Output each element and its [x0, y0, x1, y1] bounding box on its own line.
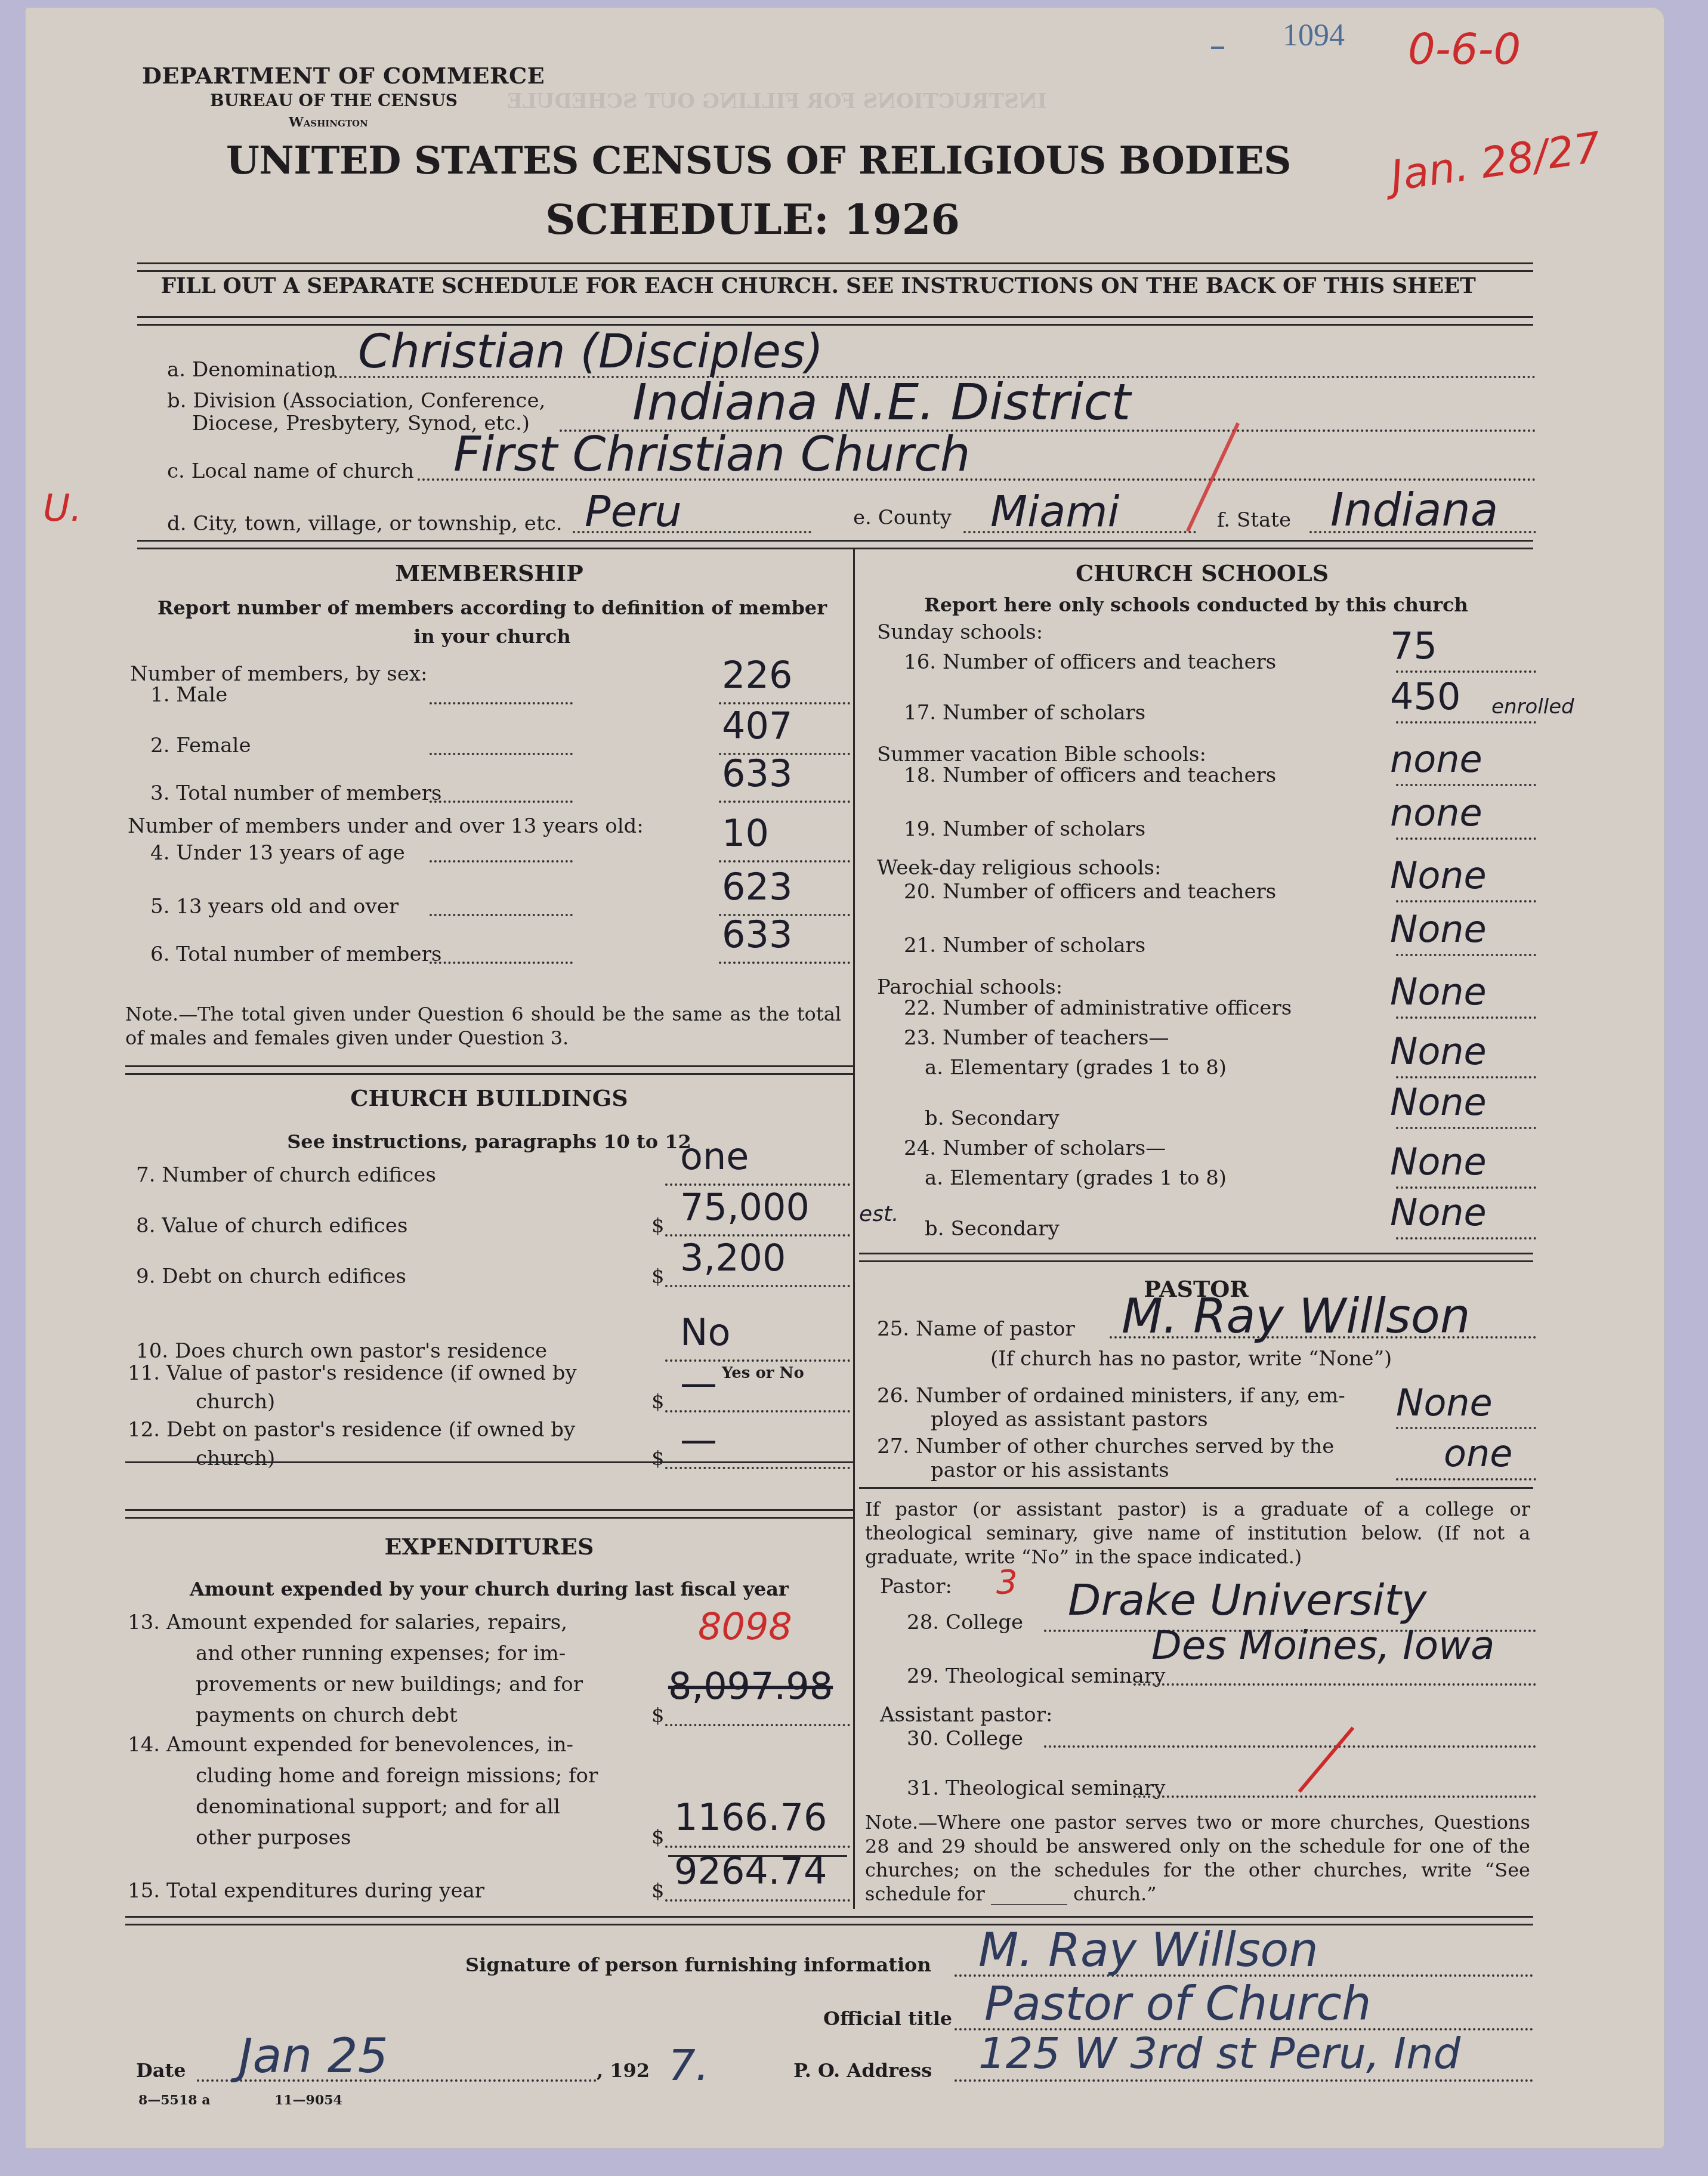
show-through-text: INSTRUCTIONS FOR FILLING OUT SCHEDULE: [507, 89, 1047, 113]
denomination-field[interactable]: Christian (Disciples): [358, 325, 823, 379]
member-row-value[interactable]: 10: [722, 811, 769, 855]
column-divider: [853, 549, 855, 1909]
q26-value[interactable]: None: [1396, 1381, 1493, 1424]
member-row-leader: [430, 800, 573, 803]
dollar-sign: $: [651, 1390, 665, 1414]
school-row-value[interactable]: 75: [1390, 624, 1437, 667]
state-label: f. State: [1217, 508, 1291, 532]
q29-label: 29. Theological seminary: [907, 1664, 1165, 1688]
school-row-label: a. Elementary (grades 1 to 8): [925, 1056, 1227, 1080]
dollar-sign: $: [651, 1214, 665, 1238]
school-row-answer-line: [1396, 837, 1536, 840]
member-row-value[interactable]: 407: [722, 704, 792, 747]
county-label: e. County: [853, 506, 952, 530]
member-row-leader: [430, 753, 573, 755]
q14-value[interactable]: 1166.76: [674, 1795, 827, 1839]
q15-answer-line: [665, 1899, 850, 1902]
identity-divider: [137, 540, 1533, 549]
q13-label-line: payments on church debt: [196, 1704, 458, 1727]
date-label: Date: [136, 2059, 186, 2082]
q13-value[interactable]: 8,097.98: [668, 1664, 833, 1708]
member-row-label: 2. Female: [150, 734, 251, 758]
school-row-value[interactable]: none: [1390, 791, 1482, 834]
q27-label: 27. Number of other churches served by t…: [877, 1435, 1334, 1458]
building-row-value[interactable]: 75,000: [680, 1185, 810, 1229]
pastor-note: Note.—Where one pastor serves two or mor…: [865, 1810, 1530, 1906]
school-row-answer-line: [1396, 784, 1536, 786]
member-row-answer-line: [719, 962, 850, 964]
member-row-label: 1. Male: [150, 683, 227, 707]
schools-divider: [859, 1253, 1533, 1262]
q14-label-line: 14. Amount expended for benevolences, in…: [128, 1733, 573, 1757]
building-row-value[interactable]: one: [680, 1135, 749, 1178]
signature-label: Signature of person furnishing informati…: [465, 1954, 931, 1976]
school-row-answer-line: [1396, 1186, 1536, 1189]
school-row-value[interactable]: None: [1390, 1030, 1487, 1073]
q31-label: 31. Theological seminary: [907, 1776, 1165, 1800]
official-title-label: Official title: [823, 2007, 952, 2030]
signature-field[interactable]: M. Ray Willson: [978, 1924, 1318, 1977]
school-row-value[interactable]: 450: [1390, 675, 1460, 718]
official-title-field[interactable]: Pastor of Church: [984, 1977, 1371, 2031]
school-row-label: 20. Number of officers and teachers: [904, 880, 1276, 904]
schools-heading: CHURCH SCHOOLS: [859, 560, 1545, 586]
school-row-value[interactable]: None: [1390, 854, 1487, 897]
division-field[interactable]: Indiana N.E. District: [632, 373, 1131, 431]
q27-line: [1396, 1478, 1536, 1480]
county-field[interactable]: Miami: [990, 486, 1119, 536]
dollar-sign: $: [651, 1704, 665, 1727]
q15-label: 15. Total expenditures during year: [128, 1879, 484, 1903]
expenditures-subheading: Amount expended by your church during la…: [131, 1578, 847, 1600]
q25-label: 25. Name of pastor: [877, 1317, 1075, 1341]
assistant-pastor-label: Assistant pastor:: [880, 1703, 1052, 1727]
member-row-value[interactable]: 623: [722, 865, 792, 908]
school-row-answer-line: [1396, 1237, 1536, 1240]
expenditures-divider: [125, 1509, 853, 1519]
q30-line: [1044, 1745, 1536, 1748]
school-row-label: 18. Number of officers and teachers: [904, 764, 1276, 787]
member-row-label: 5. 13 years old and over: [150, 895, 399, 919]
member-row-leader: [430, 702, 573, 704]
members-by-age-label: Number of members under and over 13 year…: [128, 814, 644, 838]
building-row-value[interactable]: —: [680, 1418, 717, 1461]
school-row-answer-line: [1396, 900, 1536, 902]
school-row-label: a. Elementary (grades 1 to 8): [925, 1166, 1227, 1190]
school-row-value[interactable]: None: [1390, 1080, 1487, 1124]
stamp-dash: [1211, 47, 1224, 49]
member-row-leader: [430, 962, 573, 964]
q29-line: [1133, 1683, 1536, 1686]
school-row-label: 16. Number of officers and teachers: [904, 650, 1276, 674]
school-row-label: b. Secondary: [925, 1106, 1060, 1130]
q31-line: [1133, 1795, 1536, 1798]
member-row-answer-line: [719, 800, 850, 803]
q27-value[interactable]: one: [1444, 1432, 1512, 1475]
school-group-title: Summer vacation Bible schools:: [877, 743, 1206, 766]
member-row-value[interactable]: 226: [722, 653, 792, 697]
member-row-leader: [430, 860, 573, 863]
stamp-number: 1094: [1283, 18, 1345, 53]
q28-label: 28. College: [907, 1611, 1023, 1634]
q13-correction: 8098: [698, 1605, 792, 1648]
form-number: 8—5518 a: [138, 2092, 210, 2108]
margin-mark: U.: [43, 486, 82, 530]
dollar-sign: $: [651, 1265, 665, 1288]
school-row-answer-line: [1396, 1016, 1536, 1019]
building-row-annotation: est.: [859, 1202, 898, 1226]
school-row-value[interactable]: None: [1390, 1140, 1487, 1183]
school-row-annotation: enrolled: [1491, 695, 1574, 719]
buildings-heading: CHURCH BUILDINGS: [131, 1084, 847, 1111]
member-row-label: 4. Under 13 years of age: [150, 841, 405, 865]
q14-answer-line: [665, 1846, 850, 1848]
member-row-label: 6. Total number of members: [150, 942, 441, 966]
building-row-label-2: church): [196, 1390, 275, 1414]
bureau-name: BUREAU OF THE CENSUS: [210, 91, 458, 110]
dollar-sign: $: [651, 1825, 665, 1849]
building-row-value[interactable]: —: [680, 1361, 717, 1405]
q26-label: 26. Number of ordained ministers, if any…: [877, 1384, 1345, 1408]
q14-label-line: denominational support; and for all: [196, 1795, 560, 1819]
building-row-label: 10. Does church own pastor's residence: [136, 1339, 547, 1363]
schedule-year: SCHEDULE: 1926: [0, 194, 1708, 244]
college-location: Des Moines, Iowa: [1151, 1622, 1495, 1668]
department-name: DEPARTMENT OF COMMERCE: [142, 62, 545, 89]
building-row-answer-line: [665, 1410, 850, 1412]
dollar-sign: $: [651, 1879, 665, 1903]
school-row-label: 23. Number of teachers—: [904, 1026, 1169, 1050]
address-label: P. O. Address: [793, 2059, 932, 2082]
pastor-name-field[interactable]: M. Ray Willson: [1122, 1288, 1470, 1344]
yes-no-hint: Yes or No: [722, 1364, 804, 1382]
city-name: Washington: [289, 115, 368, 130]
q13-label-line: 13. Amount expended for salaries, repair…: [128, 1611, 567, 1634]
college-field[interactable]: Drake University: [1068, 1575, 1426, 1625]
pastor-divider: [859, 1487, 1533, 1489]
building-row-answer-line: [665, 1467, 850, 1469]
building-row-label-2: church): [196, 1446, 275, 1470]
building-row-label: 8. Value of church edifices: [136, 1214, 407, 1238]
school-row-value[interactable]: None: [1390, 907, 1487, 951]
q26-line: [1396, 1427, 1536, 1429]
member-row-label: 3. Total number of members: [150, 781, 441, 805]
local-name-field[interactable]: First Christian Church: [453, 426, 971, 482]
school-row-answer-line: [1396, 1076, 1536, 1078]
school-row-value[interactable]: none: [1390, 737, 1482, 781]
school-row-answer-line: [1396, 721, 1536, 724]
graduate-instructions: If pastor (or assistant pastor) is a gra…: [865, 1497, 1530, 1569]
member-row-leader: [430, 914, 573, 916]
address-line: [955, 2079, 1533, 2082]
building-row-value[interactable]: 3,200: [680, 1236, 786, 1279]
print-number: 11—9054: [274, 2092, 342, 2108]
q14-label-line: cluding home and foreign missions; for: [196, 1764, 598, 1788]
expenditures-heading: EXPENDITURES: [131, 1533, 847, 1560]
building-row-label: 7. Number of church edifices: [136, 1163, 436, 1187]
school-row-label: 22. Number of administrative officers: [904, 996, 1292, 1020]
school-row-answer-line: [1396, 954, 1536, 956]
membership-note: Note.—The total given under Question 6 s…: [125, 1002, 841, 1050]
q14-label-line: other purposes: [196, 1826, 351, 1850]
local-name-label: c. Local name of church: [167, 459, 414, 483]
red-code: 0-6-0: [1408, 24, 1521, 74]
building-row-value[interactable]: No: [680, 1310, 730, 1354]
denomination-label: a. Denomination: [167, 358, 336, 382]
school-row-answer-line: [1396, 1127, 1536, 1129]
member-row-answer-line: [719, 860, 850, 863]
fill-instruction: FILL OUT A SEPARATE SCHEDULE FOR EACH CH…: [0, 273, 1708, 298]
pastor-red-mark: 3: [996, 1563, 1018, 1602]
building-row-label: 12. Debt on pastor's residence (if owned…: [128, 1418, 575, 1442]
school-row-answer-line: [1396, 670, 1536, 673]
q30-label: 30. College: [907, 1727, 1023, 1751]
pastor-sublabel: Pastor:: [880, 1575, 952, 1599]
q27-label-2: pastor or his assistants: [931, 1458, 1169, 1482]
school-group-title: Week-day religious schools:: [877, 856, 1161, 880]
school-row-value[interactable]: None: [1390, 970, 1487, 1013]
member-row-value[interactable]: 633: [722, 913, 792, 956]
school-row-label: 21. Number of scholars: [904, 934, 1145, 957]
dollar-sign: $: [651, 1446, 665, 1470]
city-field[interactable]: Peru: [585, 486, 682, 536]
members-by-sex-label: Number of members, by sex:: [130, 662, 427, 686]
member-row-value[interactable]: 633: [722, 752, 792, 795]
buildings-divider: [125, 1461, 853, 1463]
date-field[interactable]: Jan 25: [239, 2028, 388, 2084]
city-label: d. City, town, village, or township, etc…: [167, 512, 563, 536]
school-row-label: 19. Number of scholars: [904, 817, 1145, 841]
q25-hint: (If church has no pastor, write “None”): [990, 1347, 1392, 1371]
schools-subheading: Report here only schools conducted by th…: [859, 594, 1533, 616]
building-row-answer-line: [665, 1285, 850, 1287]
membership-subheading: Report number of members according to de…: [155, 594, 829, 651]
year-prefix: , 192: [597, 2059, 650, 2082]
footer-divider: [125, 1916, 1533, 1925]
building-row-label: 11. Value of pastor's residence (if owne…: [128, 1361, 577, 1385]
school-row-label: 24. Number of scholars—: [904, 1136, 1166, 1160]
school-row-value[interactable]: None: [1390, 1191, 1487, 1234]
school-row-label: 17. Number of scholars: [904, 701, 1145, 725]
school-row-label: b. Secondary: [925, 1217, 1060, 1241]
header-divider: [137, 262, 1533, 272]
form-title: UNITED STATES CENSUS OF RELIGIOUS BODIES: [0, 138, 1708, 183]
address-field[interactable]: 125 W 3rd st Peru, Ind: [978, 2028, 1460, 2078]
year-field[interactable]: 7.: [668, 2040, 709, 2090]
q26-label-2: ployed as assistant pastors: [931, 1408, 1208, 1432]
membership-heading: MEMBERSHIP: [131, 560, 847, 586]
q13-label-line: and other running expenses; for im-: [196, 1642, 566, 1665]
q13-answer-line: [665, 1724, 850, 1726]
school-group-title: Parochial schools:: [877, 975, 1063, 999]
division-label: b. Division (Association, Conference,: [167, 389, 545, 413]
state-field[interactable]: Indiana: [1330, 483, 1498, 536]
q15-value[interactable]: 9264.74: [674, 1849, 827, 1893]
membership-divider: [125, 1065, 853, 1075]
school-group-title: Sunday schools:: [877, 620, 1043, 644]
header-divider-2: [137, 316, 1533, 326]
q13-label-line: provements or new buildings; and for: [196, 1673, 583, 1696]
building-row-label: 9. Debt on church edifices: [136, 1265, 406, 1288]
